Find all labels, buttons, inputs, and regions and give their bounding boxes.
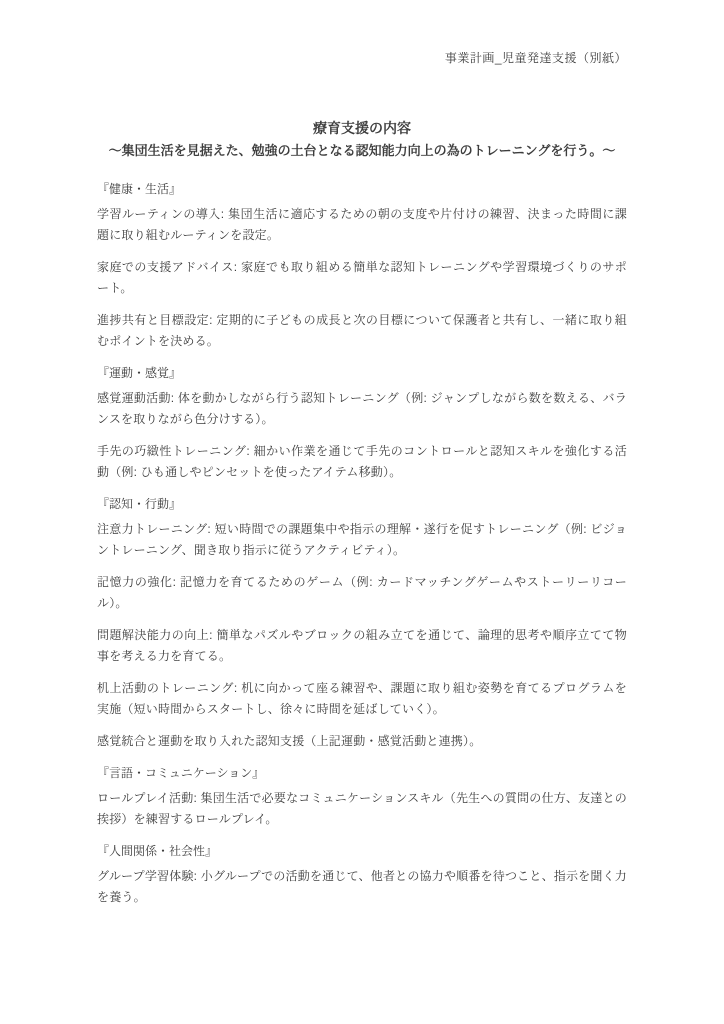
paragraph: 感覚統合と運動を取り入れた認知支援（上記運動・感覚活動と連携）。 <box>97 731 627 752</box>
document-sections: 『健康・生活』学習ルーティンの導入: 集団生活に適応するための朝の支度や片付けの… <box>97 179 627 908</box>
paragraph: 机上活動のトレーニング: 机に向かって座る練習や、課題に取り組む姿勢を育てるプロ… <box>97 678 627 720</box>
paragraph: 記憶力の強化: 記憶力を育てるためのゲーム（例: カードマッチングゲームやストー… <box>97 572 627 614</box>
document-title: 療育支援の内容 <box>50 117 674 139</box>
section-heading: 『人間関係・社会性』 <box>97 841 627 862</box>
document-subtitle: ～集団生活を見据えた、勉強の土台となる認知能力向上の為のトレーニングを行う。～ <box>40 140 684 162</box>
paragraph: 手先の巧緻性トレーニング: 細かい作業を通じて手先のコントロールと認知スキルを強… <box>97 441 627 483</box>
section-heading: 『言語・コミュニケーション』 <box>97 763 627 784</box>
paragraph: 家庭での支援アドバイス: 家庭でも取り組める簡単な認知トレーニングや学習環境づく… <box>97 257 627 299</box>
section-heading: 『認知・行動』 <box>97 494 627 515</box>
paragraph: 学習ルーティンの導入: 集団生活に適応するための朝の支度や片付けの練習、決まった… <box>97 204 627 246</box>
paragraph: 注意力トレーニング: 短い時間での課題集中や指示の理解・遂行を促すトレーニング（… <box>97 519 627 561</box>
paragraph: 感覚運動活動: 体を動かしながら行う認知トレーニング（例: ジャンプしながら数を… <box>97 388 627 430</box>
paragraph: 進捗共有と目標設定: 定期的に子どもの成長と次の目標について保護者と共有し、一緒… <box>97 310 627 352</box>
paragraph: グループ学習体験: 小グループでの活動を通じて、他者との協力や順番を待つこと、指… <box>97 866 627 908</box>
document-page: 事業計画_児童発達支援（別紙） 療育支援の内容 ～集団生活を見据えた、勉強の土台… <box>0 0 724 1024</box>
section-heading: 『健康・生活』 <box>97 179 627 200</box>
paragraph: 問題解決能力の向上: 簡単なパズルやブロックの組み立てを通じて、論理的思考や順序… <box>97 625 627 667</box>
section-heading: 『運動・感覚』 <box>97 363 627 384</box>
paragraph: ロールプレイ活動: 集団生活で必要なコミュニケーションスキル（先生への質問の仕方… <box>97 788 627 830</box>
document-header: 事業計画_児童発達支援（別紙） <box>97 50 627 67</box>
